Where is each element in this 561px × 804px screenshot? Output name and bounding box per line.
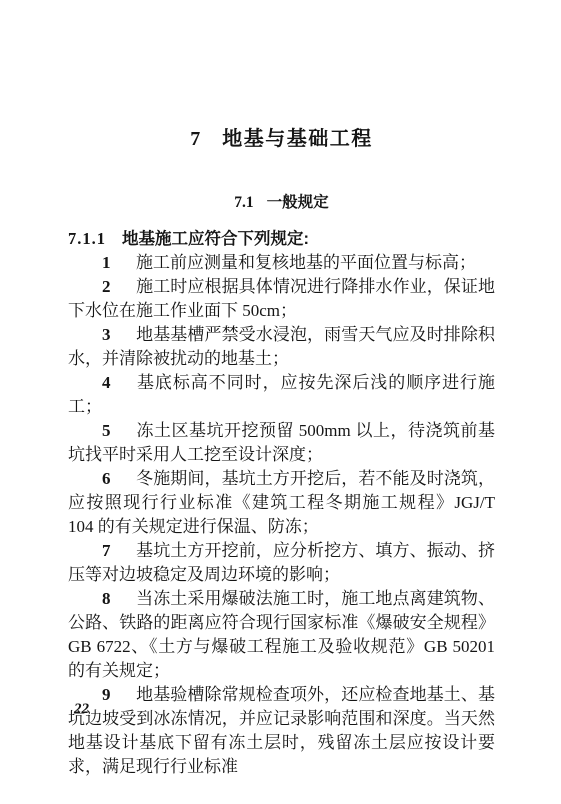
item-text: 当冻土采用爆破法施工时，施工地点离建筑物、公路、铁路的距离应符合现行国家标准《爆… (68, 589, 495, 680)
list-item: 4基底标高不同时，应按先深后浅的顺序进行施工； (68, 371, 495, 419)
document-page: 7地基与基础工程 7.1一般规定 7.1.1地基施工应符合下列规定: 1施工前应… (0, 0, 561, 804)
item-number: 8 (102, 589, 111, 608)
chapter-heading: 7地基与基础工程 (68, 127, 495, 152)
item-text: 施工前应测量和复核地基的平面位置与标高； (136, 253, 476, 272)
list-item: 3地基基槽严禁受水浸泡，雨雪天气应及时排除积水，并清除被扰动的地基土； (68, 323, 495, 371)
list-item: 6冬施期间，基坑土方开挖后，若不能及时浇筑，应按照现行行业标准《建筑工程冬期施工… (68, 467, 495, 539)
clause-items: 1施工前应测量和复核地基的平面位置与标高； 2施工时应根据具体情况进行降排水作业… (68, 251, 495, 779)
item-text: 地基基槽严禁受水浸泡，雨雪天气应及时排除积水，并清除被扰动的地基土； (68, 325, 495, 368)
item-text: 冬施期间，基坑土方开挖后，若不能及时浇筑，应按照现行行业标准《建筑工程冬期施工规… (68, 469, 495, 536)
item-text: 施工时应根据具体情况进行降排水作业，保证地下水位在施工作业面下 50cm； (68, 277, 495, 320)
clause-text: 地基施工应符合下列规定: (122, 230, 309, 248)
list-item: 9地基验槽除常规检查项外，还应检查地基土、基坑边坡受到冰冻情况，并应记录影响范围… (68, 683, 495, 779)
item-text: 地基验槽除常规检查项外，还应检查地基土、基坑边坡受到冰冻情况，并应记录影响范围和… (68, 685, 495, 776)
item-text: 基坑土方开挖前，应分析挖方、填方、振动、挤压等对边坡稳定及周边环境的影响； (68, 541, 495, 584)
section-heading: 7.1一般规定 (68, 193, 495, 213)
item-number: 9 (102, 685, 111, 704)
list-item: 5冻土区基坑开挖预留 500mm 以上，待浇筑前基坑找平时采用人工挖至设计深度； (68, 419, 495, 467)
item-number: 5 (102, 421, 111, 440)
page-content: 7地基与基础工程 7.1一般规定 7.1.1地基施工应符合下列规定: 1施工前应… (68, 0, 495, 779)
page-number: 22 (74, 700, 89, 718)
clause-number: 7.1.1 (68, 229, 106, 248)
item-text: 基底标高不同时，应按先深后浅的顺序进行施工； (68, 373, 495, 416)
list-item: 2施工时应根据具体情况进行降排水作业，保证地下水位在施工作业面下 50cm； (68, 275, 495, 323)
chapter-number: 7 (190, 128, 200, 150)
list-item: 7基坑土方开挖前，应分析挖方、填方、振动、挤压等对边坡稳定及周边环境的影响； (68, 539, 495, 587)
item-number: 4 (102, 373, 111, 392)
item-number: 7 (102, 541, 111, 560)
item-number: 2 (102, 277, 111, 296)
list-item: 1施工前应测量和复核地基的平面位置与标高； (68, 251, 495, 275)
clause-heading: 7.1.1地基施工应符合下列规定: (68, 227, 495, 251)
item-number: 1 (102, 253, 111, 272)
chapter-title: 地基与基础工程 (222, 128, 373, 150)
section-number: 7.1 (234, 194, 253, 211)
item-number: 3 (102, 325, 111, 344)
list-item: 8当冻土采用爆破法施工时，施工地点离建筑物、公路、铁路的距离应符合现行国家标准《… (68, 587, 495, 683)
section-title: 一般规定 (267, 194, 329, 211)
item-text: 冻土区基坑开挖预留 500mm 以上，待浇筑前基坑找平时采用人工挖至设计深度； (68, 421, 495, 464)
item-number: 6 (102, 469, 111, 488)
